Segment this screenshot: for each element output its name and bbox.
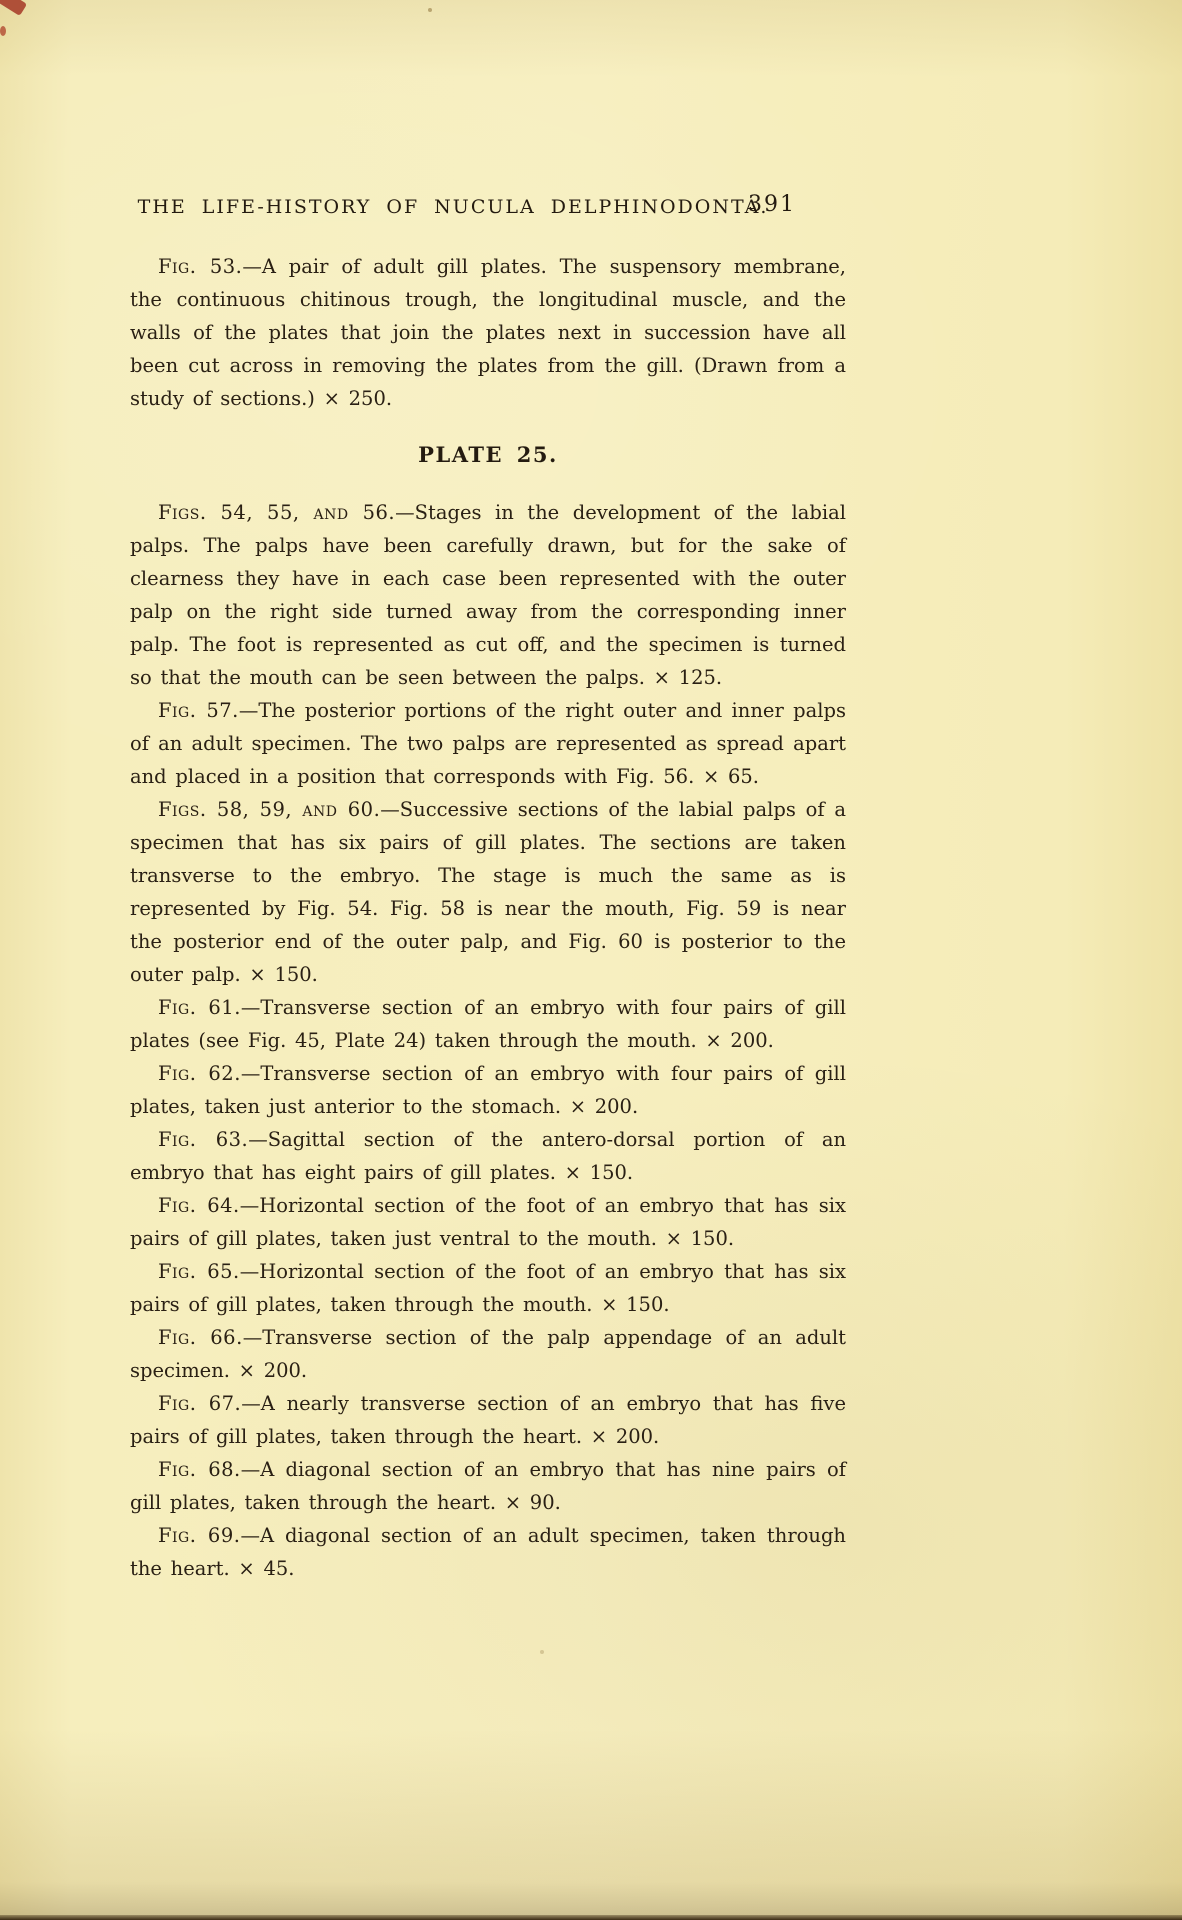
- figure-caption-54-56: Figs. 54, 55, and 56.—Stages in the deve…: [130, 496, 846, 694]
- figure-label: Fig. 61.: [158, 996, 241, 1019]
- figure-caption-69: Fig. 69.—A diagonal section of an adult …: [130, 1519, 846, 1585]
- figure-text: —A pair of adult gill plates. The suspen…: [130, 255, 846, 410]
- scan-speck: [540, 1650, 544, 1654]
- figure-label: Fig. 69.: [158, 1524, 240, 1547]
- figure-caption-57: Fig. 57.—The posterior portions of the r…: [130, 694, 846, 793]
- page-number: 391: [748, 192, 796, 217]
- figure-caption-65: Fig. 65.—Horizontal section of the foot …: [130, 1255, 846, 1321]
- page-content: THE LIFE-HISTORY OF NUCULA DELPHINODONTA…: [130, 196, 846, 1585]
- figure-label: Figs. 54, 55, and 56.: [158, 501, 395, 524]
- figure-text: —Stages in the development of the labial…: [130, 501, 846, 689]
- red-edge-artifact: [0, 0, 27, 16]
- figure-caption-61: Fig. 61.—Transverse section of an embryo…: [130, 991, 846, 1057]
- figure-caption-63: Fig. 63.—Sagittal section of the antero-…: [130, 1123, 846, 1189]
- figure-label: Fig. 68.: [158, 1458, 241, 1481]
- figure-caption-53: Fig. 53.—A pair of adult gill plates. Th…: [130, 250, 846, 415]
- plate-heading: PLATE 25.: [130, 442, 846, 467]
- figure-label: Fig. 67.: [158, 1392, 241, 1415]
- figure-label: Fig. 66.: [158, 1326, 243, 1349]
- figure-label: Fig. 53.: [158, 255, 242, 278]
- figure-label: Figs. 58, 59, and 60.: [158, 798, 380, 821]
- page-bottom-edge: [0, 1915, 1182, 1920]
- running-head: THE LIFE-HISTORY OF NUCULA DELPHINODONTA…: [130, 196, 846, 236]
- figure-caption-66: Fig. 66.—Transverse section of the palp …: [130, 1321, 846, 1387]
- figure-label: Fig. 64.: [158, 1194, 240, 1217]
- scan-speck: [428, 8, 432, 12]
- figure-label: Fig. 65.: [158, 1260, 240, 1283]
- figure-label: Fig. 63.: [158, 1128, 248, 1151]
- figure-caption-64: Fig. 64.—Horizontal section of the foot …: [130, 1189, 846, 1255]
- scanned-book-page: THE LIFE-HISTORY OF NUCULA DELPHINODONTA…: [0, 0, 1182, 1920]
- figure-caption-68: Fig. 68.—A diagonal section of an embryo…: [130, 1453, 846, 1519]
- figure-caption-62: Fig. 62.—Transverse section of an embryo…: [130, 1057, 846, 1123]
- figure-text: —Successive sections of the labial palps…: [130, 798, 846, 986]
- figure-label: Fig. 62.: [158, 1062, 241, 1085]
- red-edge-speck: [0, 26, 6, 36]
- figure-label: Fig. 57.: [158, 699, 239, 722]
- figure-caption-67: Fig. 67.—A nearly transverse section of …: [130, 1387, 846, 1453]
- running-head-title: THE LIFE-HISTORY OF NUCULA DELPHINODONTA…: [130, 196, 846, 218]
- figure-caption-58-60: Figs. 58, 59, and 60.—Successive section…: [130, 793, 846, 991]
